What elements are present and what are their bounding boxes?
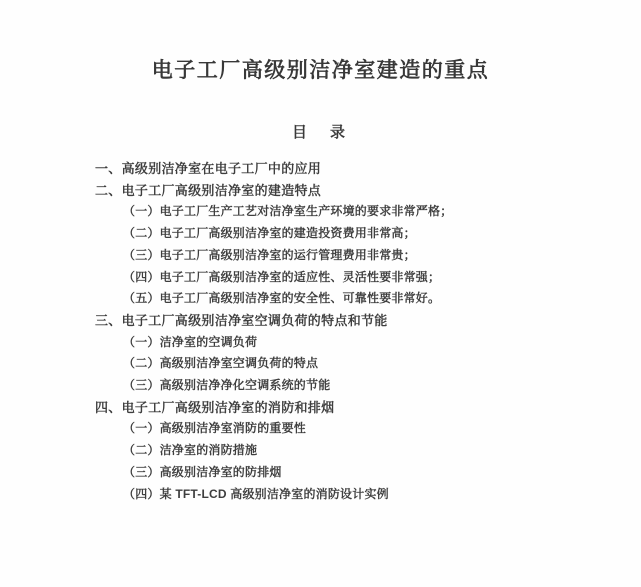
toc-item: （二）洁净室的消防措施: [123, 440, 641, 462]
toc-item: （五）电子工厂高级别洁净室的安全性、可靠性要非常好。: [123, 288, 641, 310]
toc-item: 四、电子工厂高级别洁净室的消防和排烟: [95, 397, 641, 419]
toc-item: （一）洁净室的空调负荷: [123, 332, 641, 354]
toc-item: （三）电子工厂高级别洁净室的运行管理费用非常贵；: [123, 245, 641, 267]
toc-item: （一）电子工厂生产工艺对洁净室生产环境的要求非常严格；: [123, 201, 641, 223]
document-page: 电子工厂高级别洁净室建造的重点 目 录 一、高级别洁净室在电子工厂中的应用二、电…: [0, 0, 641, 587]
toc-heading: 目 录: [0, 124, 641, 142]
toc-item: 三、电子工厂高级别洁净室空调负荷的特点和节能: [95, 310, 641, 332]
page-title: 电子工厂高级别洁净室建造的重点: [0, 0, 641, 84]
toc-item: （三）高级别洁净净化空调系统的节能: [123, 375, 641, 397]
toc-item: （二）高级别洁净室空调负荷的特点: [123, 353, 641, 375]
toc-list: 一、高级别洁净室在电子工厂中的应用二、电子工厂高级别洁净室的建造特点（一）电子工…: [0, 158, 641, 505]
toc-item: （三）高级别洁净室的防排烟: [123, 462, 641, 484]
toc-item: （二）电子工厂高级别洁净室的建造投资费用非常高；: [123, 223, 641, 245]
toc-item: （四）某 TFT-LCD 高级别洁净室的消防设计实例: [123, 484, 641, 506]
toc-item: 二、电子工厂高级别洁净室的建造特点: [95, 180, 641, 202]
toc-item: （四）电子工厂高级别洁净室的适应性、灵活性要非常强；: [123, 267, 641, 289]
toc-item: 一、高级别洁净室在电子工厂中的应用: [95, 158, 641, 180]
toc-item: （一）高级别洁净室消防的重要性: [123, 418, 641, 440]
